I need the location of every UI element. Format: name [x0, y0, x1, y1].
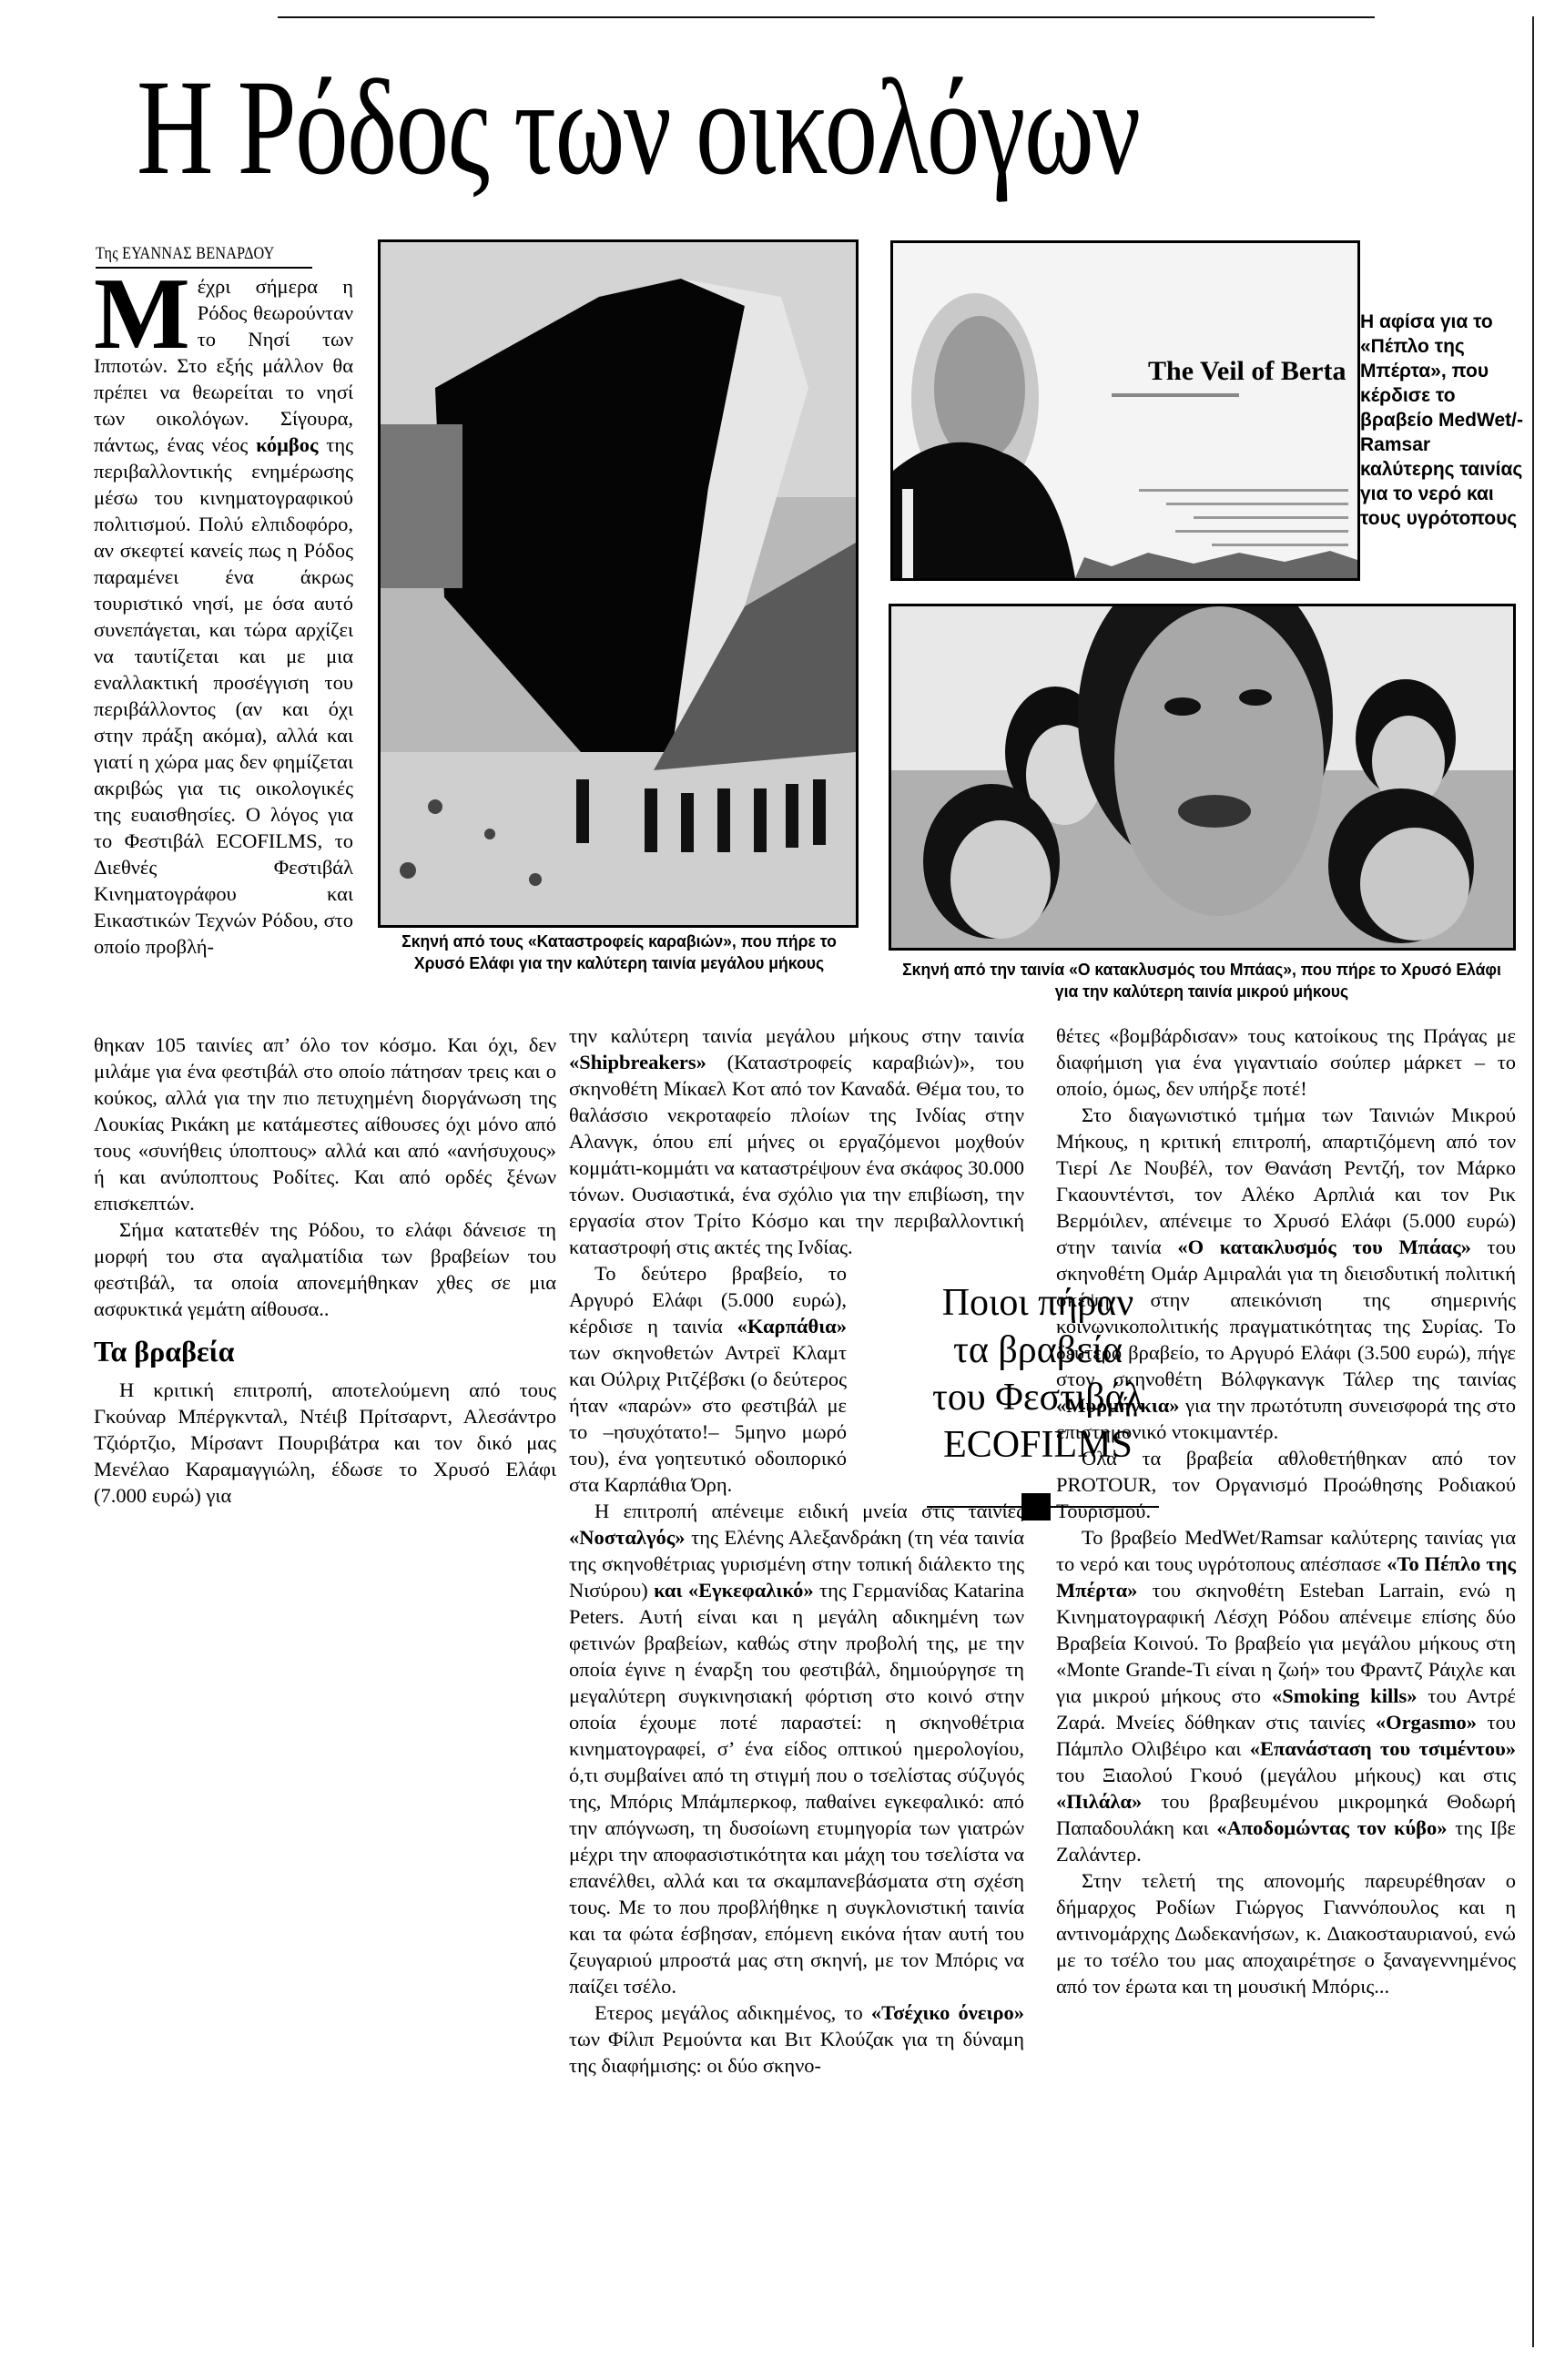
film-title-ants: «Μυρμήγκια»: [1056, 1394, 1180, 1417]
deer-paragraph: Σήμα κατατεθέν της Ρόδου, το ελάφι δάνει…: [94, 1216, 556, 1322]
intro-text-rest: της περιβαλλοντικής ενημέρωσης μέσω του …: [94, 433, 353, 958]
film-title-deconstructing-cube: «Αποδομώντας τον κύβο»: [1216, 1816, 1447, 1839]
col2-p2-text-rest: των σκηνοθετών Αντρεϊ Κλαμτ και Ούλριχ Ρ…: [569, 1341, 847, 1496]
col2-p3-text-rest: της Γερμανίδας Katarina Peters. Αυτή είν…: [569, 1579, 1024, 1998]
flood-baath-photo: [889, 604, 1516, 951]
column-2: την καλύτερη ταινία μεγάλου μήκους στην …: [569, 1022, 1024, 2079]
ship-hull-illustration-icon: [381, 242, 856, 925]
shipbreakers-caption: Σκηνή από τους «Καταστροφείς καραβιών», …: [399, 931, 840, 974]
awards-subheading: Τα βραβεία: [94, 1331, 556, 1371]
col2-p4-text: Ετερος μεγάλος αδικημένος, το: [594, 2001, 871, 2024]
page-frame-top-rule: [278, 16, 1375, 18]
article-headline: Η Ρόδος των οικολόγων: [137, 50, 1159, 205]
film-title-karpathia: «Καρπάθια»: [737, 1315, 847, 1337]
film-title-nostalgos: «Νοσταλγός»: [569, 1526, 686, 1549]
veil-of-berta-caption: Η αφίσα για το «Πέπλο της Μπέρτα», που κ…: [1360, 310, 1524, 531]
film-title-cement-revolution: «Επανάσταση του τσιμέντου»: [1250, 1737, 1516, 1760]
film-title-orgasmo: «Orgasmo»: [1376, 1711, 1477, 1734]
col2-p3-bold-and: και: [654, 1579, 682, 1602]
children-faces-illustration-icon: [891, 606, 1513, 948]
col2-p3-text: Η επιτροπή απένειμε ειδική μνεία στις τα…: [594, 1500, 1024, 1522]
col2-p4-text-rest: των Φίλιπ Ρεμούντα και Βιτ Κλούζακ για τ…: [569, 2028, 1024, 2077]
col3-p5: Στην τελετή της απονομής παρευρέθησαν ο …: [1056, 1867, 1516, 1999]
col3-p2-text-mid: του σκηνοθέτη Ομάρ Αμιραλάι για τη διεισ…: [1056, 1236, 1516, 1390]
col2-p1-text: την καλύτερη ταινία μεγάλου μήκους στην …: [569, 1024, 1024, 1047]
film-title-czech-dream: «Τσέχικο όνειρο»: [871, 2001, 1024, 2024]
flood-baath-caption: Σκηνή από την ταινία «Ο κατακλυσμός του …: [899, 959, 1505, 1002]
svg-text:The Veil of Berta: The Veil of Berta: [1148, 356, 1347, 386]
film-title-flood-baath: «Ο κατακλυσμός του Μπάας»: [1177, 1236, 1471, 1258]
column-1-continued: θηκαν 105 ταινίες απ’ όλο τον κόσμο. Και…: [94, 1032, 556, 1509]
film-title-shipbreakers: «Shipbreakers»: [569, 1051, 706, 1073]
col3-p3: Ολα τα βραβεία αθλοθετήθηκαν από τον PRO…: [1056, 1445, 1516, 1524]
drop-cap: Μ: [94, 277, 190, 351]
intro-bold-word: κόμβος: [256, 433, 318, 456]
column-1-intro: Μέχρι σήμερα η Ρόδος θεωρούνταν το Νησί …: [94, 273, 353, 960]
film-title-egkefaliko: «Εγκεφαλικό»: [688, 1579, 814, 1602]
col3-p1: θέτες «βομβάρδισαν» τους κατοίκους της Π…: [1056, 1022, 1516, 1102]
pull-quote-square-ornament-icon: [1021, 1493, 1051, 1521]
column-3: θέτες «βομβάρδισαν» τους κατοίκους της Π…: [1056, 1022, 1516, 1999]
shipbreakers-photo: [378, 239, 859, 928]
film-title-smoking-kills: «Smoking kills»: [1272, 1684, 1418, 1707]
film-title-pilala: «Πιλάλα»: [1056, 1790, 1142, 1813]
jury-paragraph: Η κριτική επιτροπή, αποτελούμενη από του…: [94, 1377, 556, 1509]
col3-p4-text-e: του Ξιαολού Γκουό (μεγάλου μήκους) και σ…: [1056, 1764, 1516, 1786]
poster-portrait-illustration-icon: The Veil of Berta: [893, 243, 1357, 578]
intro-wide-paragraph: θηκαν 105 ταινίες απ’ όλο τον κόσμο. Και…: [94, 1032, 556, 1216]
veil-of-berta-poster-photo: The Veil of Berta: [890, 240, 1360, 581]
page-frame-right-rule: [1532, 16, 1534, 2347]
col2-p1-text-rest: (Καταστροφείς καραβιών)», του σκηνοθέτη …: [569, 1051, 1024, 1258]
